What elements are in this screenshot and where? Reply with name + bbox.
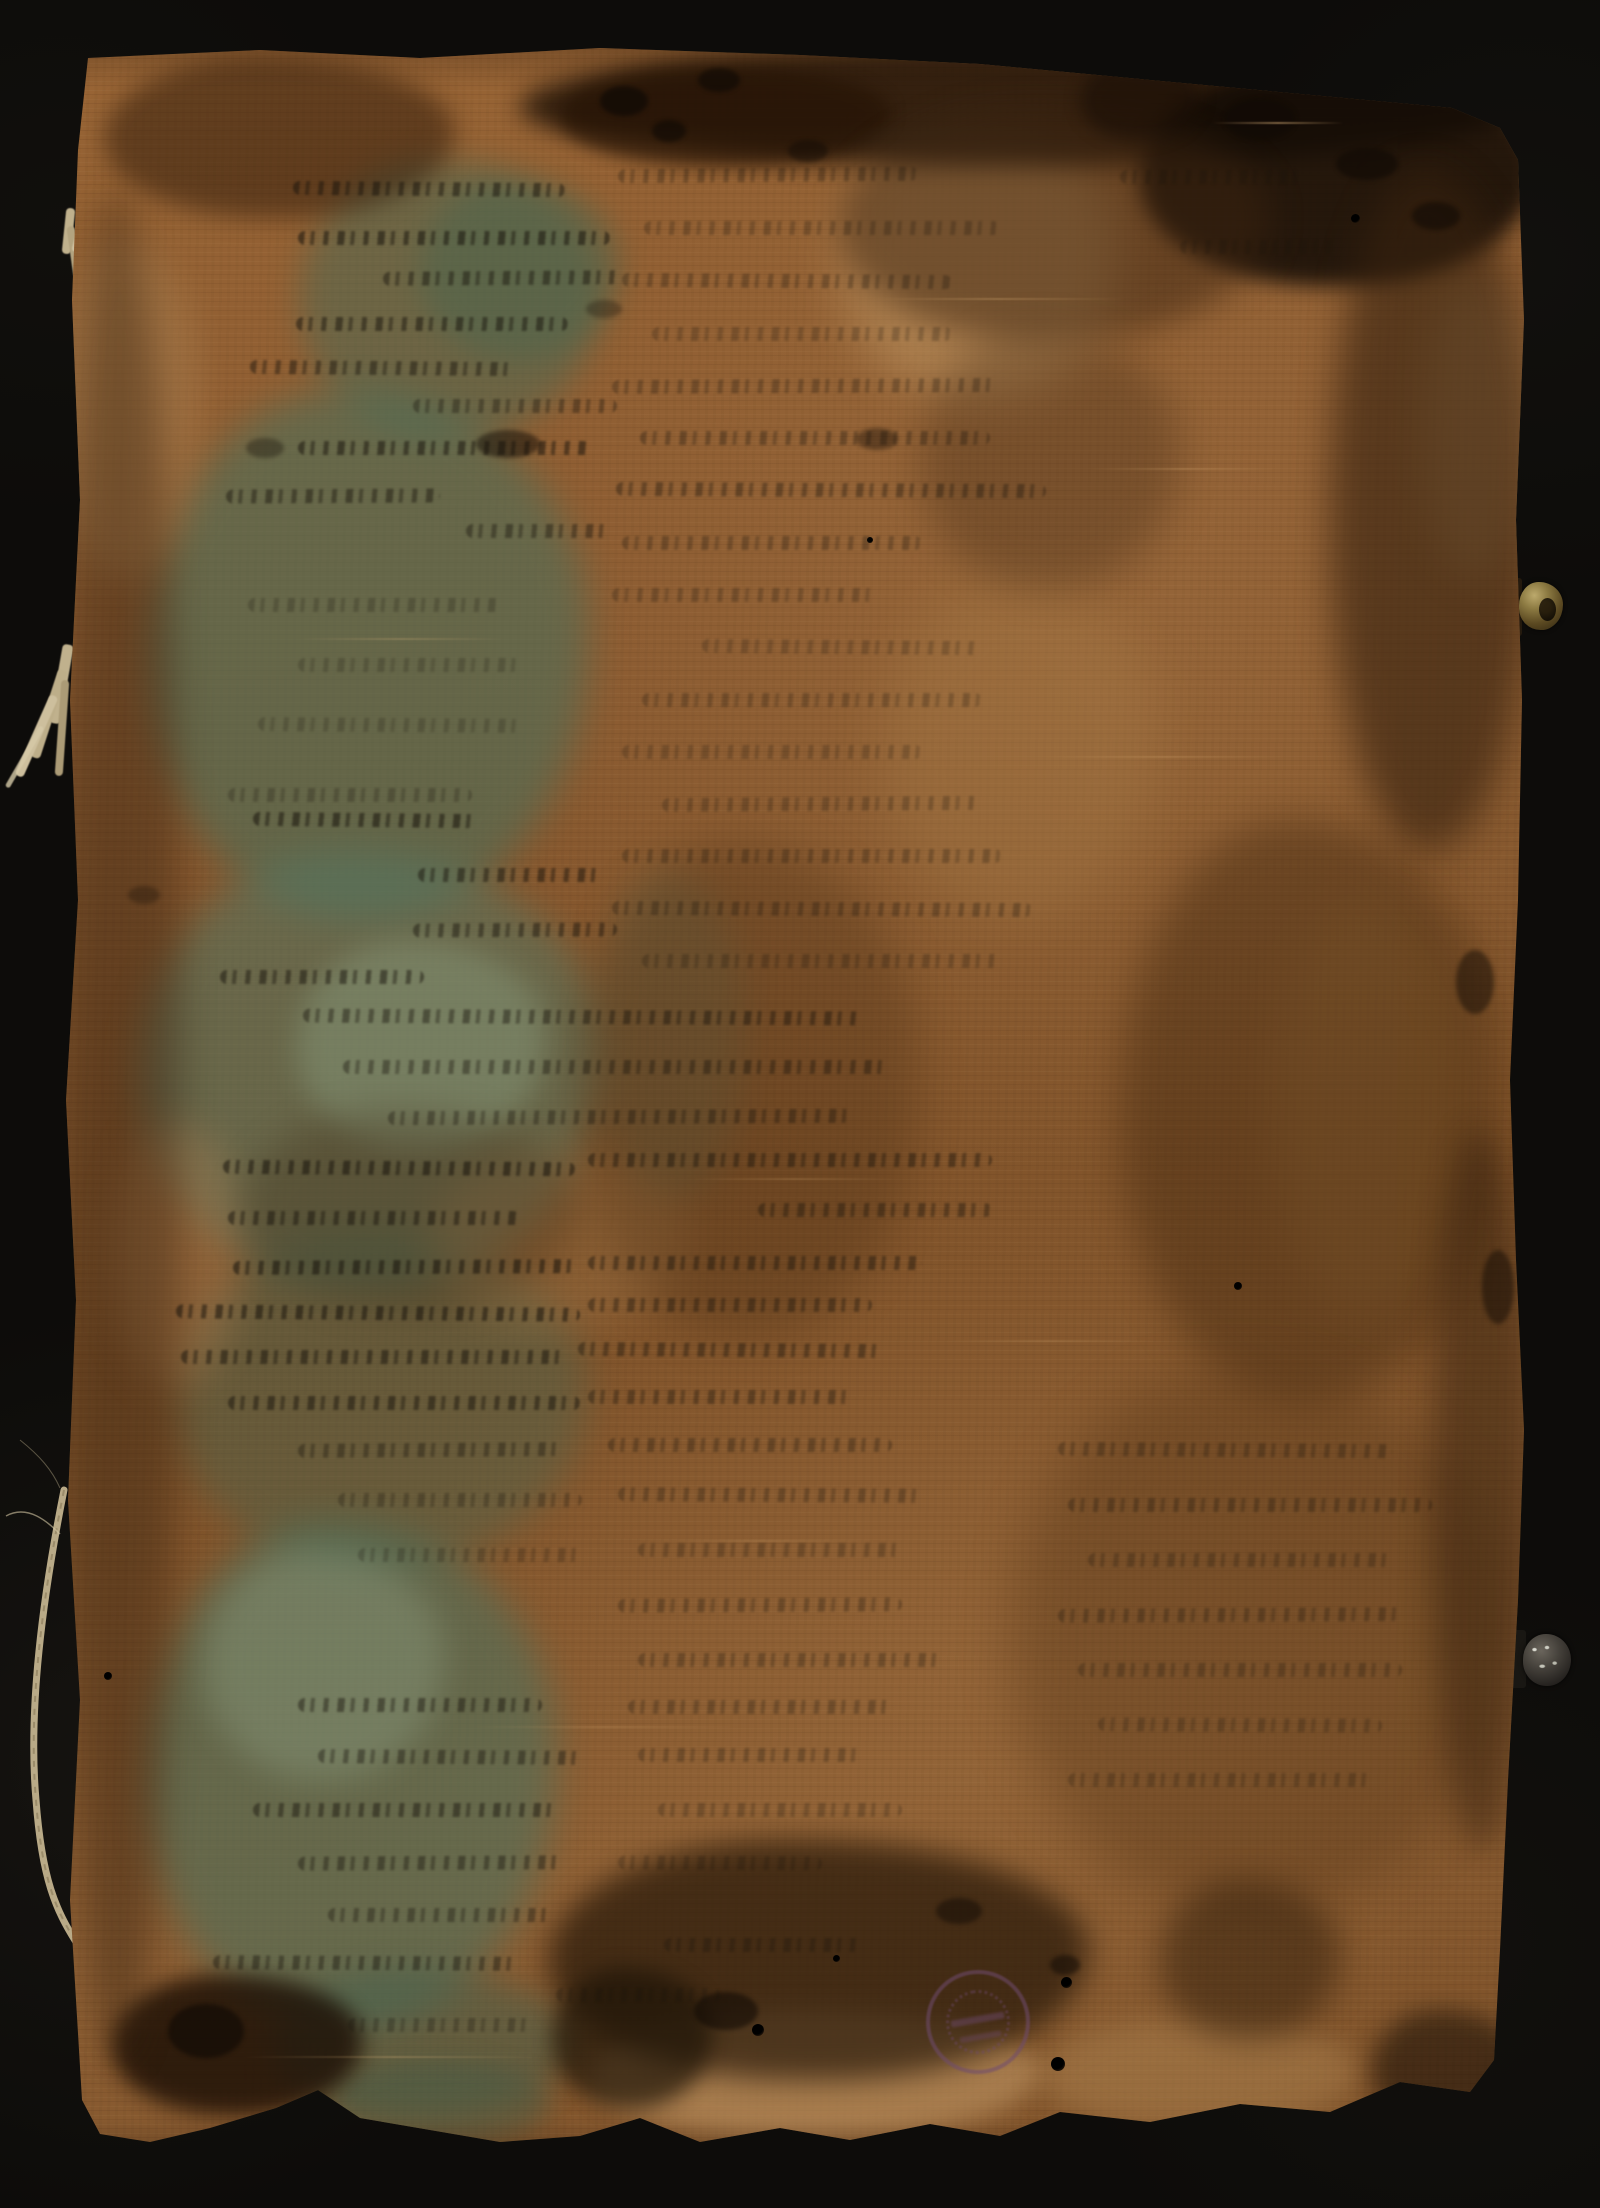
peg-knob xyxy=(1523,1634,1571,1686)
peg-knob xyxy=(1519,582,1563,630)
iron-peg xyxy=(1510,1624,1576,1696)
photo-stage xyxy=(0,0,1600,2208)
twine-path xyxy=(34,1490,76,1942)
manuscript-board xyxy=(0,0,1600,2208)
stray-fiber xyxy=(20,1440,60,1488)
stray-fiber xyxy=(6,1512,60,1534)
peg-bore xyxy=(1539,598,1556,621)
board-edge-shading xyxy=(0,0,1600,2208)
